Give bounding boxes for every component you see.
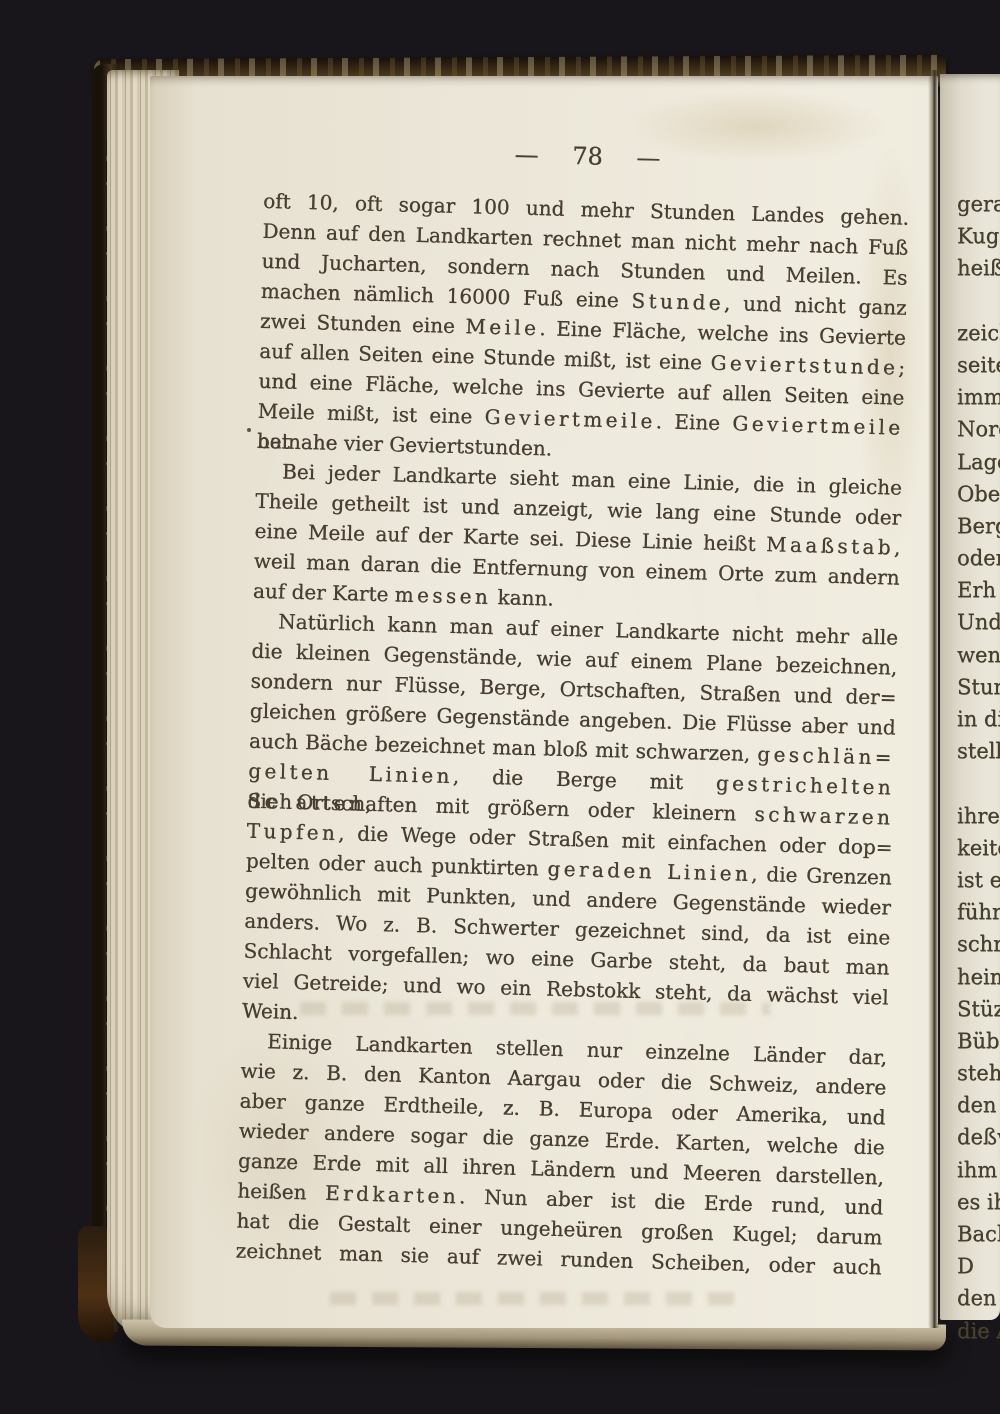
text-fragment: Nord	[957, 413, 1000, 445]
text-fragment: Stun	[957, 671, 1000, 703]
text-fragment: Bache	[957, 1218, 1000, 1250]
text-fragment: ihm	[957, 1154, 1000, 1186]
text-fragment: es ih	[957, 1186, 1000, 1218]
text-fragment: heim	[957, 961, 1000, 993]
bleed-through	[330, 1292, 750, 1305]
text-fragment: den W	[957, 1282, 1000, 1314]
text-block: — 78 — oft 10, oft sogar 100 und mehr St…	[235, 134, 910, 1283]
text-fragment: ihren	[957, 800, 1000, 832]
text-fragment: stelle	[957, 735, 1000, 767]
text-fragment: heiß	[957, 252, 1000, 284]
text-fragment: steht.	[957, 1057, 1000, 1089]
text-fragment: gerad	[957, 188, 1000, 220]
text-fragment: zeich	[957, 317, 1000, 349]
text-fragment: seite	[957, 349, 1000, 381]
text-fragment: imme	[957, 381, 1000, 413]
text-fragment: Und	[957, 606, 1000, 638]
text-fragment: deßwe	[957, 1121, 1000, 1153]
text-fragment: ist ei	[957, 864, 1000, 896]
book-photo: — 78 — oft 10, oft sogar 100 und mehr St…	[0, 0, 1000, 1414]
text-fragment: Berg	[957, 510, 1000, 542]
text-fragment	[957, 285, 1000, 317]
text-fragment: D	[957, 1250, 1000, 1282]
text-fragment: den li	[957, 1089, 1000, 1121]
text-fragment: in di	[957, 703, 1000, 735]
text-fragment: Büblei	[957, 1025, 1000, 1057]
text-fragment: Erh	[957, 574, 1000, 606]
text-fragment: Stüzze	[957, 993, 1000, 1025]
text-fragment: die Au	[957, 1315, 1000, 1347]
book-gutter-shadow	[928, 70, 940, 1328]
text-fragment: oder	[957, 542, 1000, 574]
text-fragment: wenn	[957, 639, 1000, 671]
text-fragment: führt.	[957, 896, 1000, 928]
text-fragment	[957, 767, 1000, 799]
text-fragment: schreib	[957, 928, 1000, 960]
ink-speck	[247, 428, 251, 432]
right-page-fragments: geradKugheißzeichseiteimmeNordLageOberBe…	[957, 188, 1000, 1347]
text-fragment: keiten	[957, 832, 1000, 864]
text-fragment: Lage	[957, 446, 1000, 478]
text-fragment: Ober	[957, 478, 1000, 510]
text-fragment: Kug	[957, 220, 1000, 252]
text-block-lines: oft 10, oft sogar 100 und mehr Stunden L…	[235, 186, 909, 1283]
